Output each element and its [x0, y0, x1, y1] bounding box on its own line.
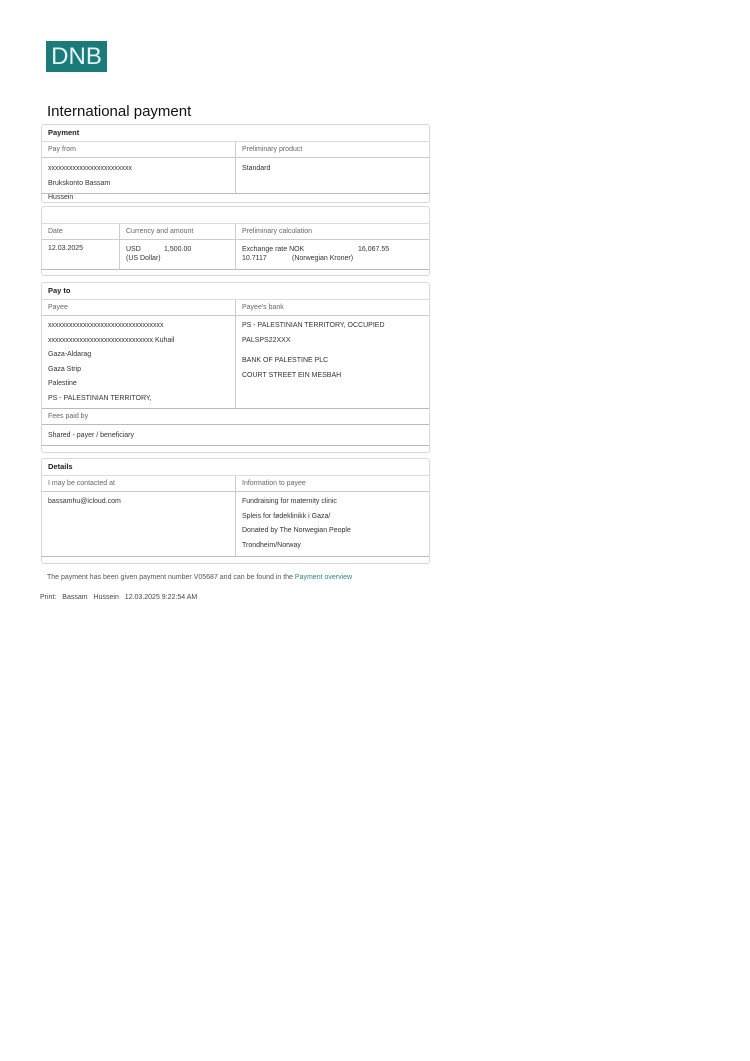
payment-panel: Payment Pay from Preliminary product xxx…: [41, 124, 430, 203]
bank-bic: PALSPS22XXX: [242, 334, 423, 349]
payee-label: Payee: [42, 300, 235, 316]
dnb-logo: DNB: [46, 41, 107, 72]
note-text: The payment has been given payment numbe…: [47, 574, 295, 581]
contact-email: bassamhu@icloud.com: [48, 495, 229, 510]
pay-from-account: xxxxxxxxxxxxxxxxxxxxxxxx: [48, 162, 229, 177]
details-heading: Details: [42, 459, 429, 476]
calc-currency-name: (Norwegian Kroner): [292, 255, 353, 262]
date-value: 12.03.2025: [42, 240, 119, 270]
print-last-name: Hussein: [94, 594, 119, 601]
info-label: Information to payee: [235, 476, 429, 492]
bank-country: PS - PALESTINIAN TERRITORY, OCCUPIED: [242, 319, 423, 334]
payee-line: xxxxxxxxxxxxxxxxxxxxxxxxxxxxxxxxx: [48, 319, 229, 334]
bank-name: BANK OF PALESTINE PLC: [242, 354, 423, 369]
pay-to-heading: Pay to: [42, 283, 429, 300]
details-panel: Details I may be contacted at Informatio…: [41, 458, 430, 564]
pay-from-label: Pay from: [42, 142, 235, 158]
amount-panel: Date Currency and amount Preliminary cal…: [41, 206, 430, 276]
info-line: Fundraising for maternity clinic: [242, 495, 423, 510]
calc-prefix: Exchange rate NOK: [242, 245, 358, 254]
date-label: Date: [42, 224, 119, 240]
pay-to-panel: Pay to Payee Payee's bank xxxxxxxxxxxxxx…: [41, 282, 430, 453]
payee-line: xxxxxxxxxxxxxxxxxxxxxxxxxxxxxx Kuhail: [48, 334, 229, 349]
fees-label: Fees paid by: [42, 409, 429, 425]
payee-line: Palestine: [48, 377, 229, 392]
pay-from-value: xxxxxxxxxxxxxxxxxxxxxxxx Brukskonto Bass…: [42, 158, 235, 194]
bank-address: COURT STREET EIN MESBAH: [242, 369, 423, 384]
bank-value: PS - PALESTINIAN TERRITORY, OCCUPIED PAL…: [235, 316, 429, 409]
info-value: Fundraising for maternity clinic Spleis …: [235, 492, 429, 557]
amount-heading: [42, 207, 429, 224]
calc-rate: 10.7117: [242, 254, 292, 263]
logo-text: DNB: [51, 43, 102, 70]
page-title: International payment: [47, 103, 191, 120]
pay-from-name: Brukskonto Bassam: [48, 177, 229, 192]
payment-heading: Payment: [42, 125, 429, 142]
payment-overview-link[interactable]: Payment overview: [295, 574, 352, 581]
currency-code: USD: [126, 245, 164, 254]
product-value: Standard: [235, 158, 429, 194]
calc-amount: 16,067.55: [358, 246, 389, 253]
currency-label: Currency and amount: [119, 224, 235, 240]
amount-value: 1,500.00: [164, 246, 191, 253]
print-first-name: Bassam: [62, 594, 87, 601]
payee-value: xxxxxxxxxxxxxxxxxxxxxxxxxxxxxxxxx xxxxxx…: [42, 316, 235, 409]
info-line: Donated by The Norwegian People: [242, 524, 423, 539]
print-timestamp: 12.03.2025 9:22:54 AM: [125, 594, 197, 601]
product-label: Preliminary product: [235, 142, 429, 158]
fees-value: Shared - payer / beneficiary: [42, 425, 429, 446]
payment-number-note: The payment has been given payment numbe…: [47, 574, 352, 581]
pay-from-name-overflow: Hussein: [42, 194, 429, 202]
contact-label: I may be contacted at: [42, 476, 235, 492]
info-line: Trondheim/Norway: [242, 539, 423, 554]
currency-value: USD1,500.00 (US Dollar): [119, 240, 235, 270]
print-label: Print:: [40, 594, 56, 601]
payee-line: Gaza Strip: [48, 363, 229, 378]
payee-line: PS - PALESTINIAN TERRITORY,: [48, 392, 229, 407]
currency-name: (US Dollar): [126, 255, 161, 262]
bank-label: Payee's bank: [235, 300, 429, 316]
contact-value: bassamhu@icloud.com: [42, 492, 235, 557]
info-line: Spleis for fødeklinikk i Gaza/: [242, 510, 423, 525]
calc-value: Exchange rate NOK16,067.55 10.7117(Norwe…: [235, 240, 429, 270]
payee-line: Gaza-Aldarag: [48, 348, 229, 363]
print-info: Print: Bassam Hussein 12.03.2025 9:22:54…: [40, 594, 201, 601]
calc-label: Preliminary calculation: [235, 224, 429, 240]
